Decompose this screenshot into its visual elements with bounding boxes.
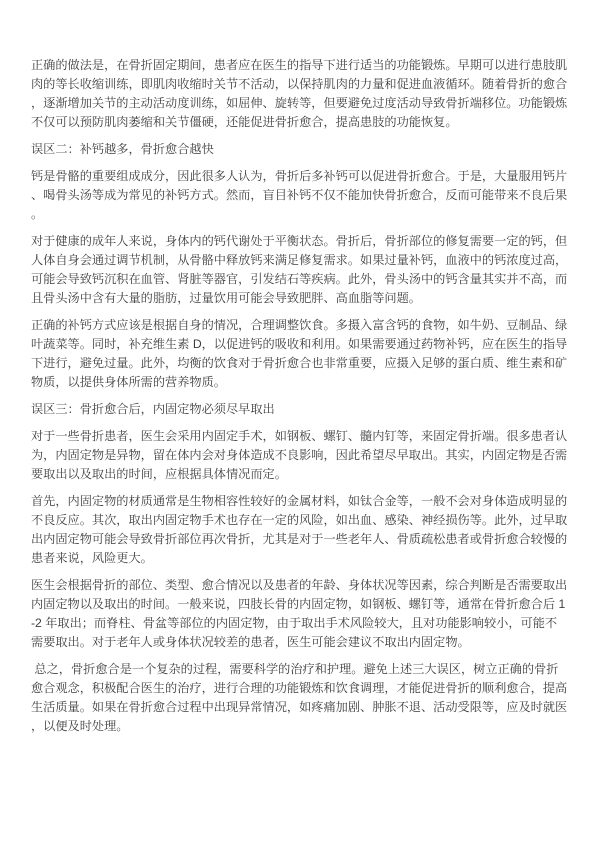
paragraph: 正确的补钙方式应该是根据自身的情况，合理调整饮食。多摄入富含钙的食物，如牛奶、豆… [31,316,569,392]
document-page: 正确的做法是，在骨折固定期间，患者应在医生的指导下进行适当的功能锻炼。早期可以进… [0,0,595,841]
paragraph: 总之，骨折愈合是一个复杂的过程，需要科学的治疗和护理。避免上述三大误区，树立正确… [31,660,569,736]
section-heading: 误区三：骨折愈合后，内固定物必须尽早取出 [31,400,569,419]
paragraph: 正确的做法是，在骨折固定期间，患者应在医生的指导下进行适当的功能锻炼。早期可以进… [31,56,569,132]
paragraph: 首先，内固定物的材质通常是生物相容性较好的金属材料，如钛合金等，一般不会对身体造… [31,492,569,568]
paragraph: 钙是骨骼的重要组成成分，因此很多人认为，骨折后多补钙可以促进骨折愈合。于是，大量… [31,167,569,224]
paragraph: 医生会根据骨折的部位、类型、愈合情况以及患者的年龄、身体状况等因素，综合判断是否… [31,576,569,652]
paragraph: 对于一些骨折患者，医生会采用内固定手术，如钢板、螺钉、髓内钉等，来固定骨折端。很… [31,427,569,484]
document-body: 正确的做法是，在骨折固定期间，患者应在医生的指导下进行适当的功能锻炼。早期可以进… [31,56,569,744]
section-heading: 误区二：补钙越多，骨折愈合越快 [31,140,569,159]
paragraph: 对于健康的成年人来说，身体内的钙代谢处于平衡状态。骨折后，骨折部位的修复需要一定… [31,232,569,308]
